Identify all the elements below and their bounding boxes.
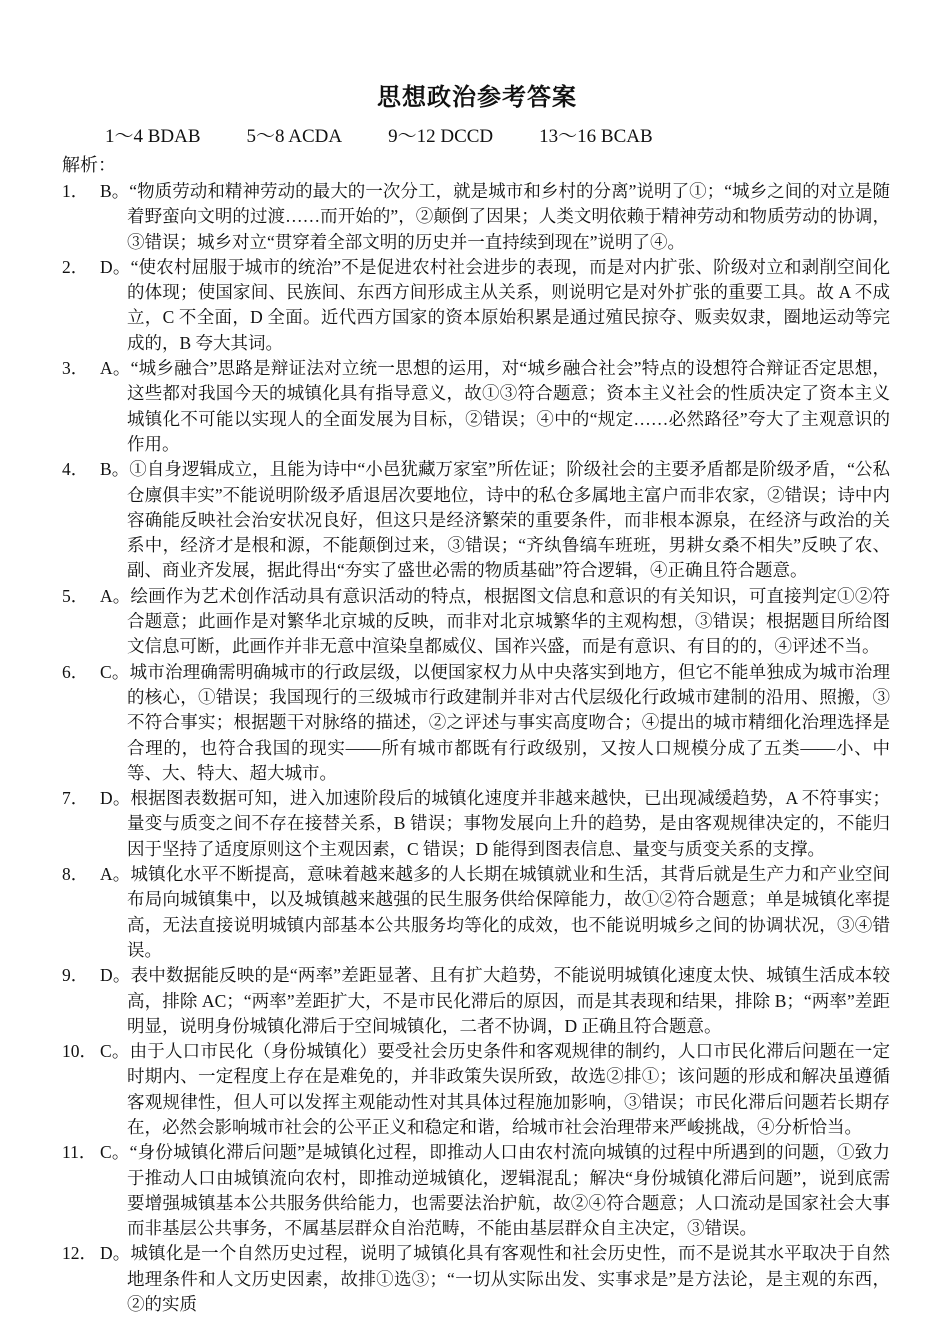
answer-key-range-13-16: 13～16 BCAB — [539, 124, 653, 150]
item-explanation: 表中数据能反映的是“两率”差距显著、且有扩大趋势，不能说明城镇化速度太快、城镇生… — [127, 965, 890, 1036]
item-body: C。由于人口市民化（身份城镇化）要受社会历史条件和客观规律的制约，人口市民化滞后… — [127, 1039, 890, 1140]
item-explanation: 城镇化水平不断提高，意味着越来越多的人长期在城镇就业和生活，其背后就是生产力和产… — [127, 864, 890, 960]
item-number: 3． — [62, 356, 122, 381]
item-number: 5． — [62, 584, 122, 609]
item-explanation: 绘画作为艺术创作活动具有意识活动的特点，根据图文信息和意识的有关知识，可直接判定… — [127, 586, 890, 657]
item-number: 4． — [62, 457, 122, 482]
answer-item: 5．A。绘画作为艺术创作活动具有意识活动的特点，根据图文信息和意识的有关知识，可… — [62, 584, 890, 660]
item-explanation: “身份城镇化滞后问题”是城镇化过程，即推动人口由农村流向城镇的过程中所遇到的问题… — [127, 1142, 890, 1238]
item-number: 1． — [62, 179, 122, 204]
item-explanation: “物质劳动和精神劳动的最大的一次分工，就是城市和乡村的分离”说明了①；“城乡之间… — [127, 181, 890, 252]
answer-item: 4．B。①自身逻辑成立，且能为诗中“小邑犹藏万家室”所佐证；阶级社会的主要矛盾都… — [62, 457, 890, 583]
item-explanation: 城镇化是一个自然历史过程，说明了城镇化具有客观性和社会历史性，而不是说其水平取决… — [127, 1243, 890, 1314]
answer-item: 12．D。城镇化是一个自然历史过程，说明了城镇化具有客观性和社会历史性，而不是说… — [62, 1241, 890, 1317]
answer-key-range-1-4: 1～4 BDAB — [105, 124, 201, 150]
item-body: A。城镇化水平不断提高，意味着越来越多的人长期在城镇就业和生活，其背后就是生产力… — [127, 862, 890, 963]
answer-item: 8．A。城镇化水平不断提高，意味着越来越多的人长期在城镇就业和生活，其背后就是生… — [62, 862, 890, 963]
item-body: B。“物质劳动和精神劳动的最大的一次分工，就是城市和乡村的分离”说明了①；“城乡… — [127, 179, 890, 255]
analysis-section-label: 解析： — [62, 153, 892, 178]
item-body: D。“使农村屈服于城市的统治”不是促进农村社会进步的表现，而是对内扩张、阶级对立… — [127, 255, 890, 356]
item-body: C。城市治理确需明确城市的行政层级，以便国家权力从中央落实到地方，但它不能单独成… — [127, 660, 890, 786]
document-page: 思想政治参考答案 1～4 BDAB 5～8 ACDA 9～12 DCCD 13～… — [0, 0, 950, 1344]
item-explanation: “使农村屈服于城市的统治”不是促进农村社会进步的表现，而是对内扩张、阶级对立和剥… — [127, 257, 890, 353]
answer-item: 7．D。根据图表数据可知，进入加速阶段后的城镇化速度并非越来越快，已出现减缓趋势… — [62, 786, 890, 862]
analysis-list: 1．B。“物质劳动和精神劳动的最大的一次分工，就是城市和乡村的分离”说明了①；“… — [62, 179, 890, 1317]
item-body: D。城镇化是一个自然历史过程，说明了城镇化具有客观性和社会历史性，而不是说其水平… — [127, 1241, 890, 1317]
answer-item: 11．C。“身份城镇化滞后问题”是城镇化过程，即推动人口由农村流向城镇的过程中所… — [62, 1140, 890, 1241]
answer-item: 3．A。“城乡融合”思路是辩证法对立统一思想的运用，对“城乡融合社会”特点的设想… — [62, 356, 890, 457]
answer-key-row: 1～4 BDAB 5～8 ACDA 9～12 DCCD 13～16 BCAB — [62, 124, 892, 150]
item-number: 9． — [62, 963, 122, 988]
answer-item: 10．C。由于人口市民化（身份城镇化）要受社会历史条件和客观规律的制约，人口市民… — [62, 1039, 890, 1140]
item-explanation: 城市治理确需明确城市的行政层级，以便国家权力从中央落实到地方，但它不能单独成为城… — [127, 662, 890, 783]
answer-item: 2．D。“使农村屈服于城市的统治”不是促进农村社会进步的表现，而是对内扩张、阶级… — [62, 255, 890, 356]
item-number: 6． — [62, 660, 122, 685]
item-body: A。“城乡融合”思路是辩证法对立统一思想的运用，对“城乡融合社会”特点的设想符合… — [127, 356, 890, 457]
item-number: 2． — [62, 255, 122, 280]
item-body: D。根据图表数据可知，进入加速阶段后的城镇化速度并非越来越快，已出现减缓趋势，A… — [127, 786, 890, 862]
item-body: D。表中数据能反映的是“两率”差距显著、且有扩大趋势，不能说明城镇化速度太快、城… — [127, 963, 890, 1039]
item-body: A。绘画作为艺术创作活动具有意识活动的特点，根据图文信息和意识的有关知识，可直接… — [127, 584, 890, 660]
answer-key-range-9-12: 9～12 DCCD — [388, 124, 493, 150]
answer-item: 6．C。城市治理确需明确城市的行政层级，以便国家权力从中央落实到地方，但它不能单… — [62, 660, 890, 786]
item-explanation: 根据图表数据可知，进入加速阶段后的城镇化速度并非越来越快，已出现减缓趋势，A 不… — [127, 788, 890, 859]
answer-key-range-5-8: 5～8 ACDA — [247, 124, 343, 150]
answer-item: 1．B。“物质劳动和精神劳动的最大的一次分工，就是城市和乡村的分离”说明了①；“… — [62, 179, 890, 255]
item-explanation: “城乡融合”思路是辩证法对立统一思想的运用，对“城乡融合社会”特点的设想符合辩证… — [127, 358, 890, 454]
item-number: 7． — [62, 786, 122, 811]
item-body: C。“身份城镇化滞后问题”是城镇化过程，即推动人口由农村流向城镇的过程中所遇到的… — [127, 1140, 890, 1241]
answer-item: 9．D。表中数据能反映的是“两率”差距显著、且有扩大趋势，不能说明城镇化速度太快… — [62, 963, 890, 1039]
item-number: 12． — [62, 1241, 122, 1266]
item-explanation: 由于人口市民化（身份城镇化）要受社会历史条件和客观规律的制约，人口市民化滞后问题… — [127, 1041, 890, 1137]
item-explanation: ①自身逻辑成立，且能为诗中“小邑犹藏万家室”所佐证；阶级社会的主要矛盾都是阶级矛… — [127, 459, 890, 580]
item-number: 8． — [62, 862, 122, 887]
page-title: 思想政治参考答案 — [62, 82, 892, 114]
item-body: B。①自身逻辑成立，且能为诗中“小邑犹藏万家室”所佐证；阶级社会的主要矛盾都是阶… — [127, 457, 890, 583]
item-number: 11． — [62, 1140, 122, 1165]
item-number: 10． — [62, 1039, 122, 1064]
